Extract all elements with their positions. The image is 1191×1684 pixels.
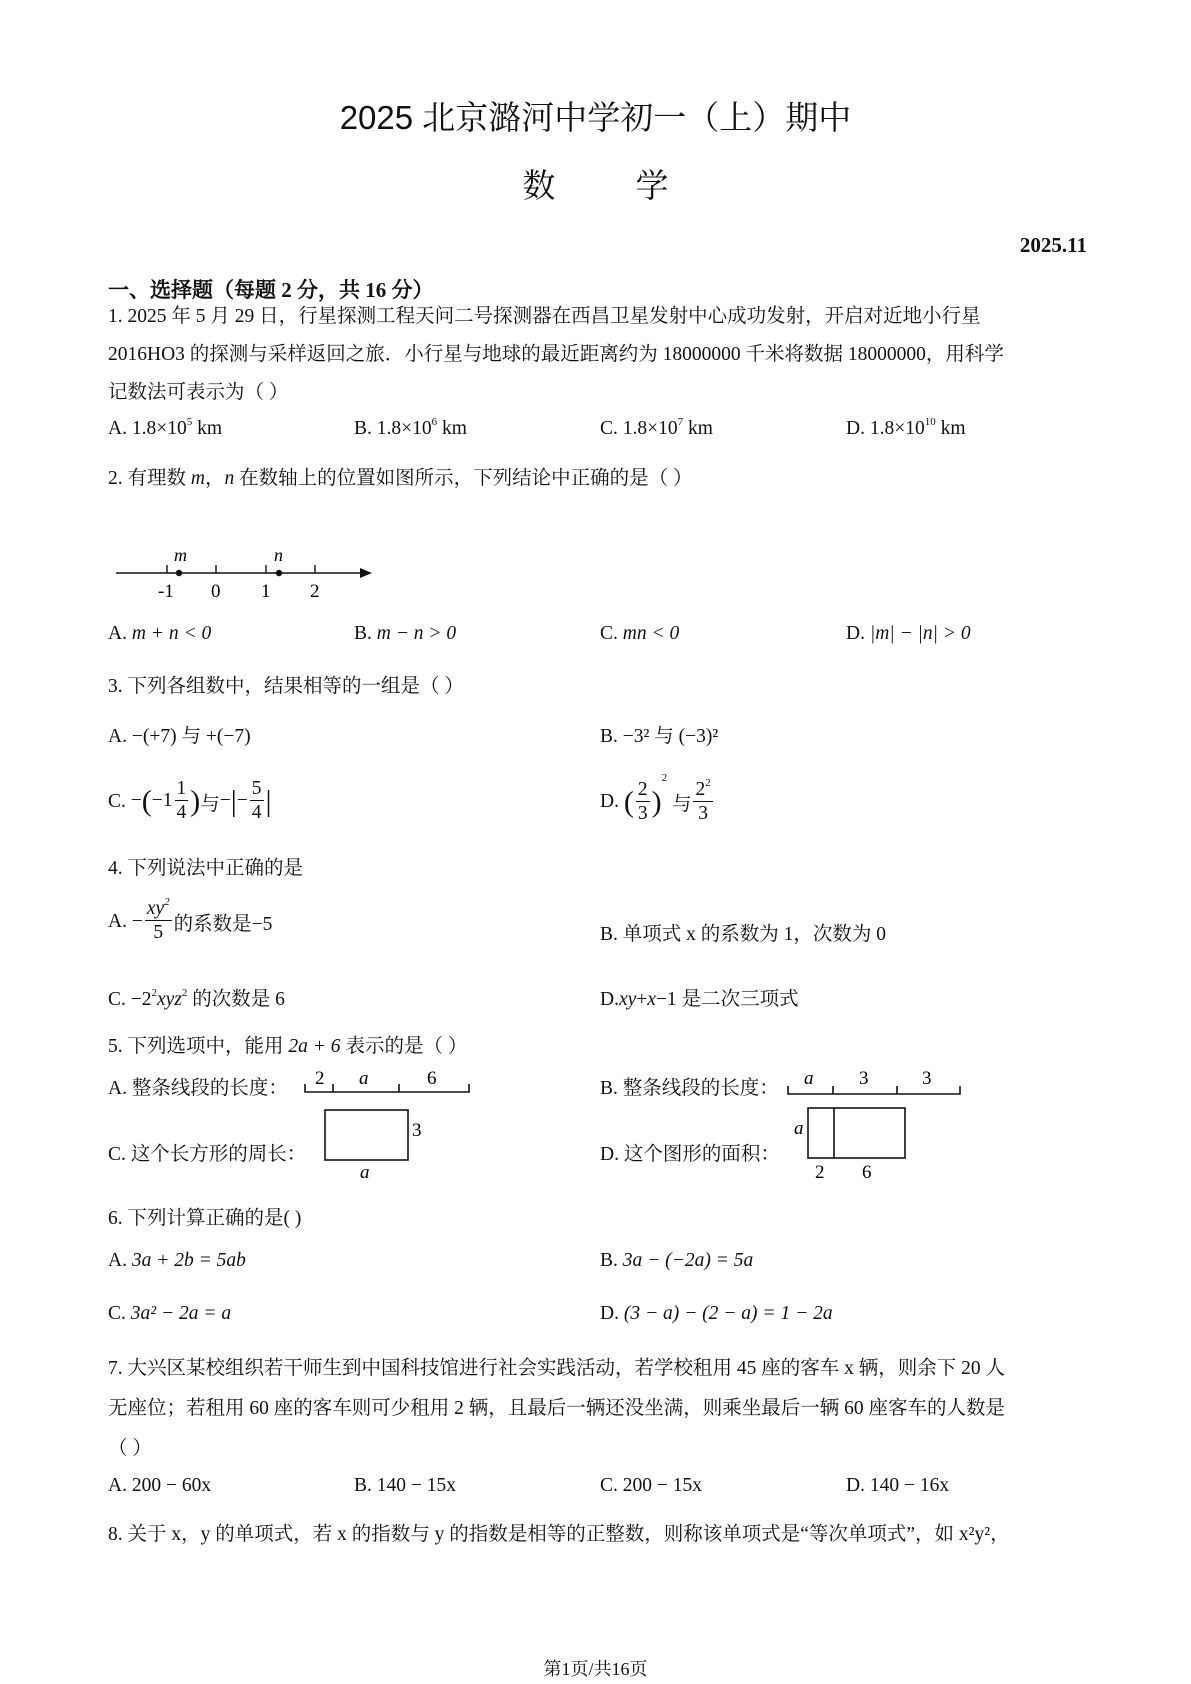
question-5-stem: 5. 下列选项中，能用 2a + 6 表示的是（ ） (108, 1030, 467, 1058)
option-c[interactable]: C. −(−114) 与 −|−54| (108, 778, 272, 825)
option-left: −(+7) (132, 726, 177, 747)
svg-text:0: 0 (211, 581, 221, 602)
option-right: 223 (691, 779, 714, 826)
subject-char: 学 (636, 160, 669, 207)
option-label: D. (600, 989, 619, 1010)
subject-title: 数学 (0, 160, 1191, 207)
option-d[interactable]: D. (3 − a) − (2 − a) = 1 − 2a (600, 1303, 833, 1325)
option-expr: 3a + 2b = 5ab (132, 1250, 246, 1271)
question-1-line: 记数法可表示为（ ） (108, 376, 288, 404)
option-a[interactable]: A. 1.8×105 km (108, 418, 222, 440)
option-left: (23)2 (624, 778, 667, 826)
option-expr: 3a² − 2a = a (131, 1303, 231, 1324)
option-label: B. (600, 1250, 618, 1271)
option-expr: (3 − a) − (2 − a) = 1 − 2a (624, 1303, 833, 1324)
question-1-line: 1. 2025 年 5 月 29 日，行星探测工程天问二号探测器在西昌卫星发射中… (108, 300, 981, 328)
option-label: D. (600, 1303, 619, 1324)
option-text: 整条线段的长度： (132, 1078, 288, 1099)
option-b[interactable]: B. −3² 与 (−3)² (600, 720, 718, 748)
option-b[interactable]: B. 140 − 15x (354, 1475, 456, 1497)
option-expr: m − n > 0 (377, 623, 456, 644)
segment-figure-b: a 3 3 (786, 1064, 966, 1098)
option-label: A. (108, 1250, 127, 1271)
exam-title: 2025 北京潞河中学初一（上）期中 (0, 92, 1191, 139)
segment-figure-a: 2 a 6 (303, 1064, 473, 1098)
option-label: A. (108, 726, 127, 747)
option-label: C. (108, 1144, 126, 1165)
rectangle-figure-c: 3 a (320, 1106, 430, 1178)
option-conj: 与 (654, 726, 674, 747)
question-6-stem: 6. 下列计算正确的是( ) (108, 1202, 301, 1230)
option-label: B. (354, 1475, 372, 1496)
option-text: 是二次三项式 (682, 989, 799, 1010)
question-4-stem: 4. 下列说法中正确的是 (108, 852, 303, 880)
option-expr: 3a − (−2a) = 5a (623, 1250, 753, 1271)
option-c[interactable]: C. 这个长方形的周长： (108, 1138, 306, 1166)
fraction: xy25 (145, 898, 172, 945)
stem-text: ， (205, 468, 225, 489)
option-text: 的次数是 6 (192, 989, 285, 1010)
option-label: A. (108, 623, 127, 644)
option-a[interactable]: A. 整条线段的长度： (108, 1072, 288, 1100)
option-b[interactable]: B. 3a − (−2a) = 5a (600, 1250, 753, 1272)
option-conj: 与 (181, 726, 201, 747)
option-a[interactable]: A. 3a + 2b = 5ab (108, 1250, 246, 1272)
option-b[interactable]: B. 1.8×106 km (354, 418, 467, 440)
svg-text:2: 2 (815, 1162, 825, 1183)
option-exponent: 10 (925, 416, 936, 428)
composite-rectangle-figure-d: a 2 6 (788, 1104, 908, 1184)
option-b[interactable]: B. m − n > 0 (354, 623, 456, 645)
option-c[interactable]: C. −22xyz2 的次数是 6 (108, 983, 285, 1011)
var-n: n (225, 468, 235, 489)
option-exponent: 7 (678, 416, 684, 428)
option-conj: 与 (200, 788, 220, 816)
svg-text:a: a (359, 1068, 369, 1089)
option-unit: km (442, 418, 467, 439)
option-d[interactable]: D.xy+x−1 是二次三项式 (600, 983, 799, 1011)
question-3-stem: 3. 下列各组数中，结果相等的一组是（ ） (108, 670, 464, 698)
option-expr: 200 − 15x (623, 1475, 702, 1496)
svg-text:a: a (794, 1118, 804, 1139)
stem-text: 2. 有理数 (108, 468, 191, 489)
svg-text:1: 1 (261, 581, 271, 602)
option-c[interactable]: C. 1.8×107 km (600, 418, 713, 440)
option-label: A. (108, 1475, 127, 1496)
option-label: C. (108, 989, 126, 1010)
option-label: A. (108, 1078, 127, 1099)
option-c[interactable]: C. 3a² − 2a = a (108, 1303, 231, 1325)
svg-text:3: 3 (859, 1068, 869, 1089)
svg-text:6: 6 (862, 1162, 872, 1183)
svg-text:2: 2 (310, 581, 320, 602)
option-label: C. (600, 418, 618, 439)
option-label: D. (846, 418, 865, 439)
option-exponent: 5 (187, 416, 193, 428)
option-label: A. (108, 418, 127, 439)
option-base: 1.8×10 (623, 418, 678, 439)
option-label: B. (354, 623, 372, 644)
option-label: B. (600, 924, 618, 945)
option-a[interactable]: A. − xy25 的系数是−5 (108, 898, 272, 945)
option-base: 1.8×10 (870, 418, 925, 439)
svg-text:3: 3 (412, 1120, 422, 1141)
option-b[interactable]: B. 单项式 x 的系数为 1，次数为 0 (600, 918, 886, 946)
option-label: D. (600, 1144, 619, 1165)
page-indicator: 第1页/共16页 (0, 1655, 1191, 1681)
option-right: +(−7) (206, 726, 251, 747)
option-expr: m + n < 0 (132, 623, 211, 644)
option-label: A. (108, 911, 127, 933)
option-label: B. (354, 418, 372, 439)
option-unit: km (197, 418, 222, 439)
subject-char: 数 (523, 160, 556, 207)
option-d[interactable]: D. 这个图形的面积： (600, 1138, 780, 1166)
option-label: D. (846, 1475, 865, 1496)
option-d[interactable]: D. |m| − |n| > 0 (846, 623, 971, 645)
option-c[interactable]: C. 200 − 15x (600, 1475, 702, 1497)
option-conj: 与 (672, 788, 692, 816)
option-label: C. (108, 1303, 126, 1324)
option-expr: |m| − |n| > 0 (870, 623, 971, 644)
option-right: (−3)² (679, 726, 719, 747)
stem-text: 5. 下列选项中，能用 (108, 1036, 288, 1057)
question-8-line: 8. 关于 x，y 的单项式，若 x 的指数与 y 的指数是相等的正整数，则称该… (108, 1518, 1010, 1546)
option-label: C. (600, 1475, 618, 1496)
option-text: 整条线段的长度： (623, 1078, 779, 1099)
var-m: m (191, 468, 205, 489)
svg-text:a: a (360, 1162, 370, 1178)
svg-text:m: m (174, 545, 187, 565)
option-a[interactable]: A. 200 − 60x (108, 1475, 211, 1497)
stem-text: 表示的是（ ） (341, 1036, 468, 1057)
svg-text:3: 3 (922, 1068, 932, 1089)
arrow-icon (360, 568, 372, 578)
stem-expr: 2a + 6 (288, 1036, 340, 1057)
option-expr: 200 − 60x (132, 1475, 211, 1496)
exam-date: 2025.11 (1020, 233, 1087, 258)
option-label: D. (600, 791, 619, 813)
svg-text:6: 6 (427, 1068, 437, 1089)
stem-text: 在数轴上的位置如图所示，下列结论中正确的是（ ） (234, 468, 692, 489)
option-exponent: 6 (432, 416, 438, 428)
option-d[interactable]: D. (23)2 与 223 (600, 778, 715, 826)
option-text: 这个长方形的周长： (131, 1144, 307, 1165)
option-d[interactable]: D. 1.8×1010 km (846, 418, 966, 440)
option-unit: km (941, 418, 966, 439)
option-a[interactable]: A. −(+7) 与 +(−7) (108, 720, 251, 748)
option-right: −|−54| (220, 778, 272, 825)
option-label: D. (846, 623, 865, 644)
option-d[interactable]: D. 140 − 16x (846, 1475, 949, 1497)
svg-text:n: n (274, 545, 283, 565)
option-a[interactable]: A. m + n < 0 (108, 623, 211, 645)
question-2-stem: 2. 有理数 m，n 在数轴上的位置如图所示，下列结论中正确的是（ ） (108, 462, 693, 490)
option-expr: 140 − 15x (377, 1475, 456, 1496)
option-base: 1.8×10 (132, 418, 187, 439)
question-7-line: 无座位；若租用 60 座的客车则可少租用 2 辆，且最后一辆还没坐满，则乘坐最后… (108, 1392, 1005, 1420)
svg-text:-1: -1 (158, 581, 174, 602)
option-left: −3² (623, 726, 650, 747)
question-7-line: （ ） (108, 1432, 152, 1460)
question-1-line: 2016HO3 的探测与采样返回之旅．小行星与地球的最近距离约为 1800000… (108, 338, 1004, 366)
option-text: 单项式 x 的系数为 1，次数为 0 (623, 924, 886, 945)
option-base: 1.8×10 (377, 418, 432, 439)
option-c[interactable]: C. mn < 0 (600, 623, 679, 645)
option-label: C. (600, 623, 618, 644)
number-line-figure: m n -1 0 1 2 (110, 545, 375, 605)
option-expr: 140 − 16x (870, 1475, 949, 1496)
option-b[interactable]: B. 整条线段的长度： (600, 1072, 779, 1100)
option-left: −(−114) (131, 778, 201, 825)
option-expr: mn < 0 (623, 623, 680, 644)
option-text: 这个图形的面积： (624, 1144, 780, 1165)
svg-text:2: 2 (315, 1068, 325, 1089)
option-label: B. (600, 1078, 618, 1099)
option-label: C. (108, 791, 126, 813)
option-text: 的系数是−5 (174, 908, 273, 936)
question-7-line: 7. 大兴区某校组织若干师生到中国科技馆进行社会实践活动，若学校租用 45 座的… (108, 1352, 1005, 1380)
option-unit: km (688, 418, 713, 439)
svg-text:a: a (804, 1068, 814, 1089)
option-label: B. (600, 726, 618, 747)
